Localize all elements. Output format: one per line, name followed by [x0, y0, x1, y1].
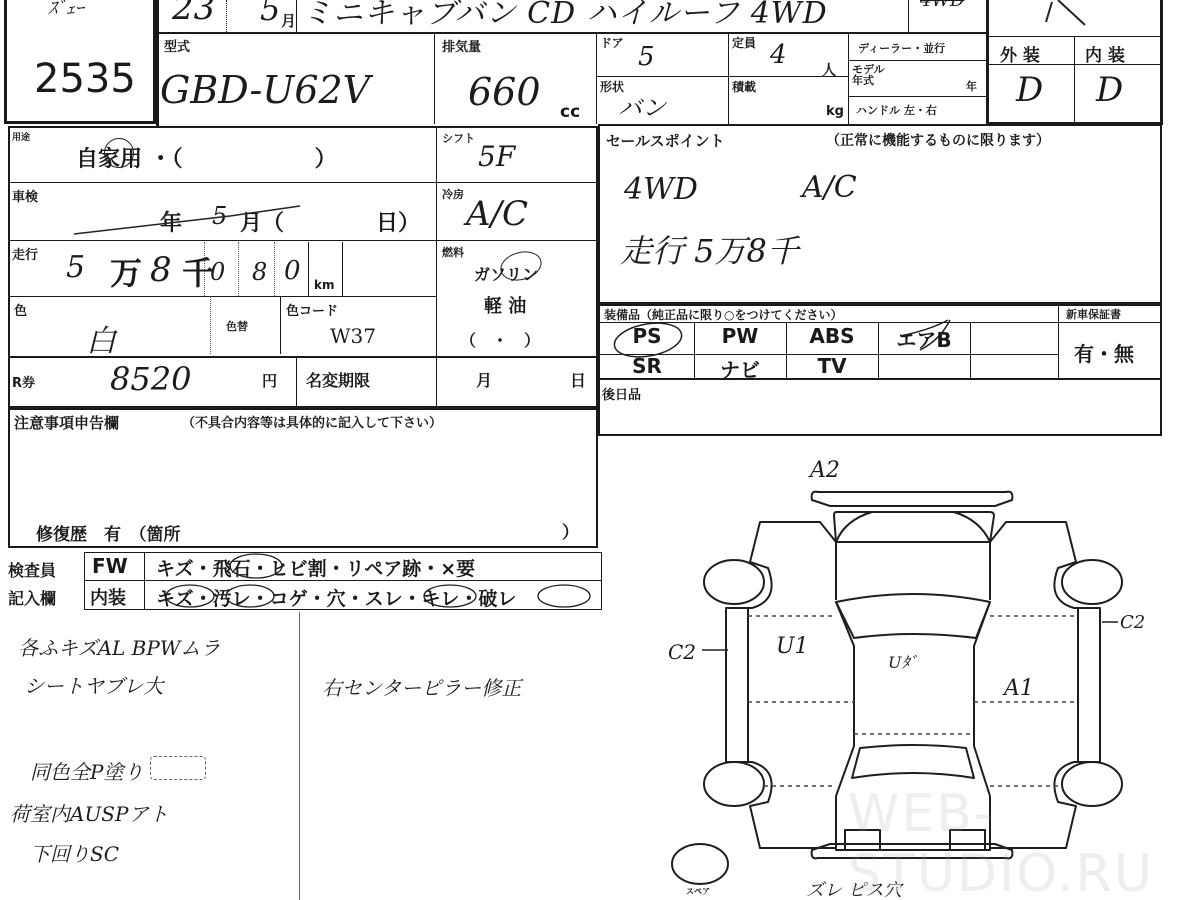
watermark: WEB-STUDIO.RU: [848, 784, 1200, 900]
diagram-mark-left-door: U1: [776, 634, 809, 659]
mileage-sen: 8: [150, 250, 172, 290]
fuel-option-diesel: 軽 油: [484, 292, 526, 318]
divider: [986, 0, 989, 122]
registration-month: 5: [260, 0, 280, 28]
handle-label: ハンドル 左・右: [856, 102, 937, 118]
aircon-value: A/C: [466, 194, 528, 234]
divider: [296, 0, 297, 32]
remark-line: 下回りSC: [30, 838, 119, 867]
recycle-value: 8520: [110, 360, 191, 398]
remarks-divider: [299, 612, 300, 900]
equipment-circle-marks: [600, 300, 1000, 380]
inspection-day-unit: 日）: [376, 206, 420, 237]
warranty-value: 有・無: [1074, 338, 1134, 367]
usage-circle-mark: [104, 138, 134, 168]
divider: [280, 296, 281, 354]
divider: [1160, 0, 1163, 125]
displacement-unit: cc: [560, 102, 580, 122]
sales-point-mileage: 走行 5万8千: [620, 226, 799, 272]
warranty-label: 新車保証書: [1066, 306, 1121, 322]
dealer-label: ディーラー・並行: [858, 40, 945, 56]
diagram-mark-right-door: A1: [1004, 676, 1034, 701]
mileage-unit: km: [314, 278, 334, 292]
notes-sub: （不具合内容等は具体的に記入して下さい）: [182, 412, 442, 431]
name-change-month-unit: 月: [476, 368, 492, 391]
repair-history: 修復歴 有 （箇所: [36, 520, 181, 545]
recycle-unit: 円: [262, 370, 277, 391]
chassis-code: GBD-U62V: [160, 68, 370, 112]
remark-line: シートヤブレ大: [24, 670, 163, 699]
divider: [296, 356, 297, 408]
divider: [908, 0, 909, 32]
seats-label: 定員: [732, 34, 756, 51]
top-right-mark: 4WD: [920, 0, 964, 11]
overall-grade-mark: [1030, 0, 1110, 35]
divider: [848, 60, 986, 61]
color-label: 色: [14, 300, 27, 319]
top-note: ｽﾞｪｰ: [48, 0, 84, 20]
divider: [8, 296, 436, 297]
inspector-fw-label: FW: [92, 554, 128, 578]
recycle-label: R券: [12, 372, 35, 391]
sales-points-label: セールスポイント: [606, 130, 725, 151]
divider: [8, 240, 598, 241]
shift-value: 5F: [478, 140, 515, 173]
exterior-label: 外 装: [1000, 41, 1040, 66]
mileage-tens: 8: [252, 258, 267, 286]
aircon-label: 冷房: [442, 186, 464, 202]
exterior-grade: D: [1016, 70, 1043, 110]
inspector-interior-label: 内装: [90, 584, 126, 610]
diagram-mark-front: A2: [810, 458, 840, 483]
doors: 5: [638, 42, 655, 72]
inspector-circle-marks: [150, 550, 600, 610]
lot-number: 2535: [34, 56, 136, 102]
load-unit: kg: [826, 104, 844, 119]
diagram-spare-label: スペア: [686, 886, 710, 897]
divider: [848, 32, 849, 124]
divider: [728, 32, 729, 124]
inspector-label: 検査員: [8, 558, 56, 581]
month-unit: 月: [281, 10, 296, 31]
sales-point-4wd: 4WD: [624, 172, 698, 207]
divider: [596, 76, 848, 77]
interior-grade: D: [1096, 70, 1123, 110]
repair-history-close: ）: [562, 518, 579, 543]
name-change-day-unit: 日: [570, 368, 586, 391]
divider: [1058, 302, 1059, 378]
inspector-entry-label: 記入欄: [8, 586, 56, 609]
mileage-hundreds: 0: [210, 258, 225, 286]
shift-label: シフト: [442, 130, 475, 146]
model-name: ミニキャブバン CD ハイルーフ 4WD: [302, 0, 828, 32]
displacement-label: 排気量: [442, 36, 481, 55]
remark-line: 右センターピラー修正: [322, 672, 521, 701]
divider: [342, 242, 343, 296]
sales-points-note: （正常に機能するものに限ります）: [826, 130, 1050, 150]
divider: [238, 242, 239, 296]
divider: [8, 182, 598, 183]
diagram-mark-left: C2: [668, 640, 696, 664]
seats: 4: [770, 40, 787, 70]
color-value: 白: [86, 316, 116, 360]
chassis-code-label: 型式: [164, 36, 190, 55]
remark-line: 各ふキズAL BPWムラ: [18, 632, 220, 661]
fuel-label: 燃料: [442, 244, 464, 260]
divider: [156, 0, 159, 128]
load-label: 積載: [732, 78, 756, 95]
seats-unit: 人: [822, 60, 836, 80]
mileage-man: 5: [66, 250, 85, 285]
divider: [848, 96, 986, 97]
divider: [986, 64, 1162, 65]
mileage-label: 走行: [12, 244, 38, 263]
diagram-mark-right: C2: [1120, 612, 1145, 633]
mileage-ones: 0: [284, 256, 301, 286]
divider: [156, 32, 988, 34]
divider: [204, 242, 205, 296]
color-code-label: 色コード: [286, 300, 338, 319]
diagram-mark-roof: Uﾀﾞ: [888, 650, 918, 673]
displacement: 660: [468, 70, 541, 114]
divider: [1058, 322, 1162, 323]
model-year-label: モデル年式: [852, 64, 892, 86]
divider: [436, 126, 437, 408]
model-year-unit: 年: [966, 78, 977, 94]
inspection-strike-line: [70, 200, 310, 240]
name-change-label: 名変期限: [306, 368, 370, 391]
aftermarket-label: 後日品: [602, 384, 641, 403]
registration-year: 23: [172, 0, 215, 28]
shape: バン: [618, 88, 666, 123]
remark-bracket: [150, 756, 206, 780]
remark-line: 同色全P塗り: [30, 756, 143, 785]
divider: [308, 242, 309, 296]
color-repaint-label: 色替: [226, 318, 248, 334]
divider: [144, 552, 145, 610]
divider: [274, 242, 275, 296]
fuel-option-other: （ ・ ）: [460, 328, 540, 351]
divider: [8, 356, 598, 358]
sales-points-box: [598, 124, 1162, 306]
remark-line: 荷室内AUSPアト: [10, 798, 168, 827]
inspection-label: 車検: [12, 186, 38, 205]
interior-label: 内 装: [1085, 41, 1125, 66]
doors-label: ドア: [600, 34, 624, 51]
divider: [434, 32, 435, 124]
divider: [210, 296, 211, 354]
divider: [1074, 36, 1075, 122]
notes-label: 注意事項申告欄: [14, 412, 119, 433]
usage-label: 用途: [12, 130, 30, 143]
sales-point-ac: A/C: [802, 170, 857, 205]
divider: [226, 0, 227, 32]
divider: [596, 32, 597, 124]
mileage-man-unit: 万: [110, 248, 142, 294]
color-code: W37: [330, 324, 376, 348]
